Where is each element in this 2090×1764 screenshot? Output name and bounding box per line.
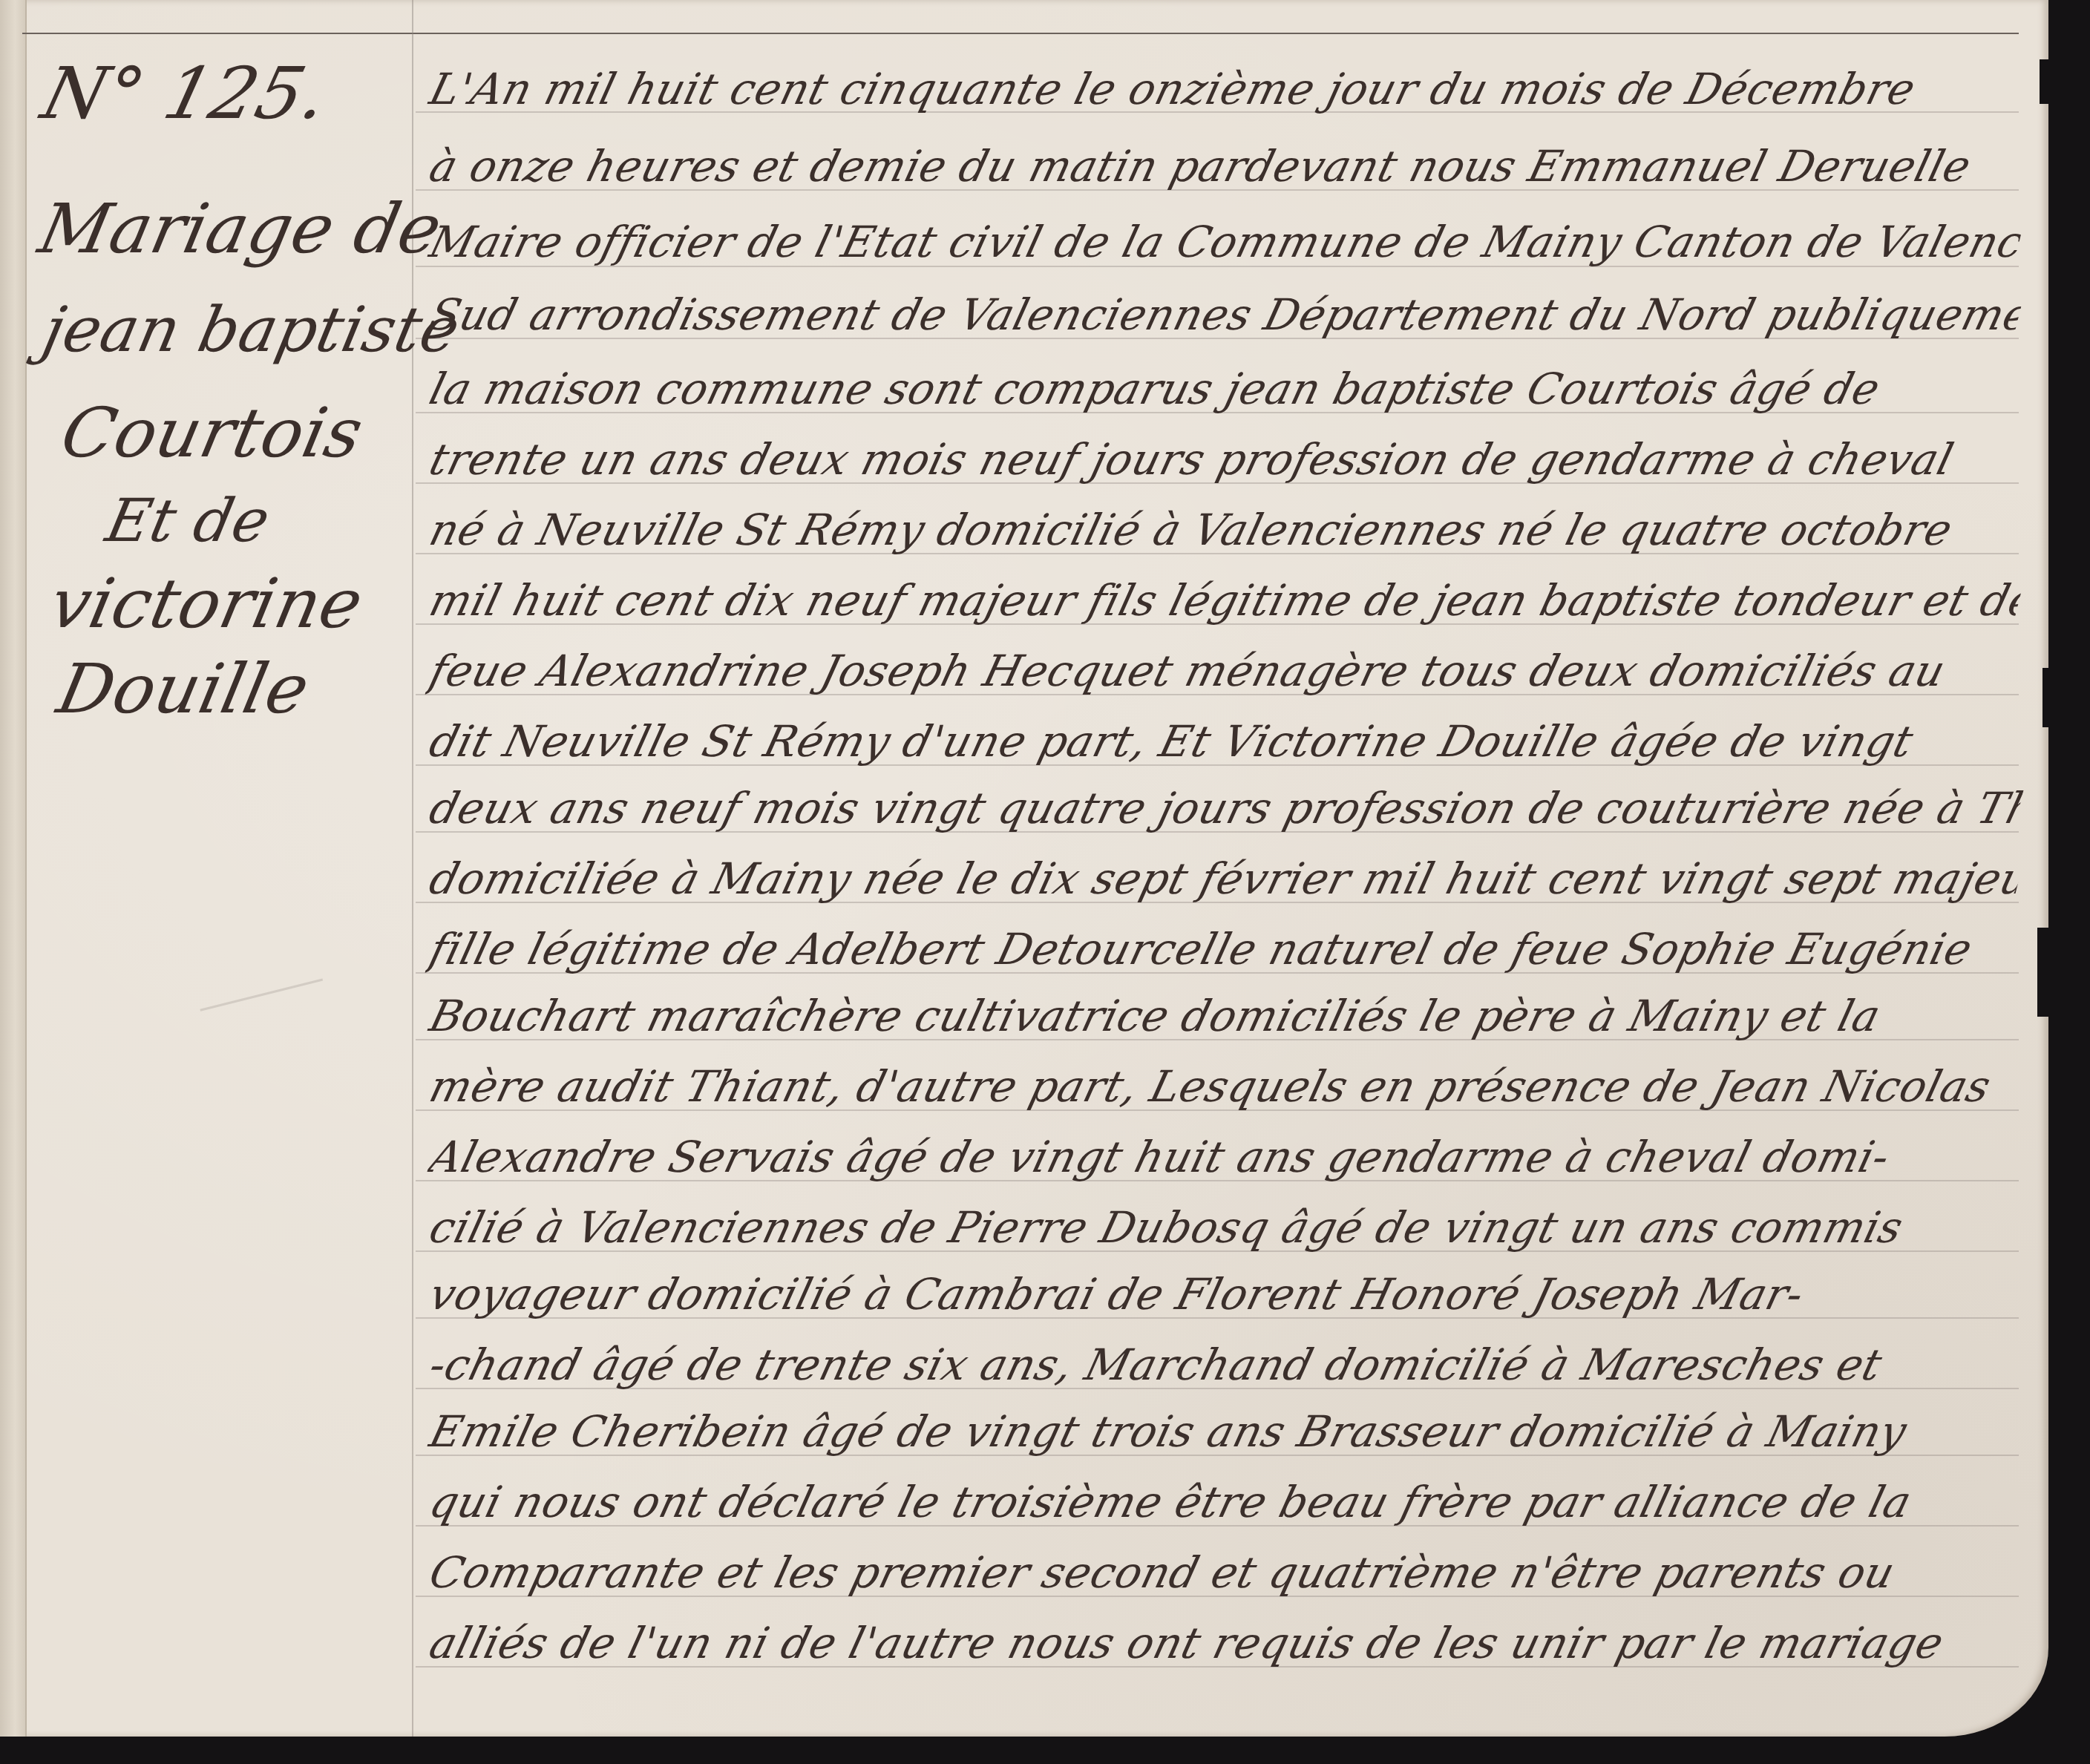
- body-line-6: trente un ans deux mois neuf jours profe…: [425, 434, 2025, 485]
- body-line-13: fille légitime de Adelbert Detourcelle n…: [425, 924, 2025, 974]
- body-line-15: mère audit Thiant, d'autre part, Lesquel…: [425, 1061, 2025, 1112]
- margin-bride-first-name: victorine: [44, 564, 370, 643]
- body-line-5: la maison commune sont comparus jean bap…: [425, 364, 2025, 414]
- torn-edge: [2042, 668, 2054, 727]
- body-line-1: L'An mil huit cent cinquante le onzième …: [425, 64, 2025, 114]
- body-line-21: qui nous ont déclaré le troisième être b…: [425, 1477, 2025, 1527]
- body-line-19: -chand âgé de trente six ans, Marchand d…: [425, 1340, 2025, 1390]
- body-line-18: voyageur domicilié à Cambrai de Florent …: [425, 1269, 2025, 1319]
- margin-groom-first-name: jean baptiste: [37, 293, 467, 366]
- header-rule: [22, 33, 2019, 34]
- body-line-23: alliés de l'un ni de l'autre nous ont re…: [425, 1618, 2025, 1668]
- body-line-7: né à Neuville St Rémy domicilié à Valenc…: [425, 505, 2025, 555]
- body-line-12: domiciliée à Mainy née le dix sept févri…: [425, 853, 2025, 904]
- bleed-through-mark: [189, 935, 323, 1011]
- body-line-16: Alexandre Servais âgé de vingt huit ans …: [425, 1132, 2025, 1182]
- margin-title-mariage: Mariage de: [33, 189, 449, 269]
- torn-edge: [2040, 59, 2054, 104]
- entry-number: N° 125.: [34, 52, 337, 135]
- margin-bride-surname: Douille: [51, 649, 316, 729]
- body-line-9: feue Alexandrine Joseph Hecquet ménagère…: [425, 646, 2025, 696]
- margin-groom-surname: Courtois: [55, 393, 370, 473]
- body-line-17: cilié à Valenciennes de Pierre Dubosq âg…: [425, 1202, 2025, 1253]
- body-line-22: Comparante et les premier second et quat…: [425, 1547, 2025, 1598]
- torn-edge: [2037, 928, 2054, 1017]
- body-line-3: Maire officier de l'Etat civil de la Com…: [425, 217, 2025, 267]
- margin-conjunction: Et de: [100, 486, 276, 555]
- body-line-20: Emile Cheribein âgé de vingt trois ans B…: [425, 1406, 2025, 1457]
- page-binding-edge: [0, 0, 27, 1737]
- body-line-2: à onze heures et demie du matin pardevan…: [425, 141, 2025, 191]
- body-line-8: mil huit cent dix neuf majeur fils légit…: [425, 575, 2025, 626]
- body-line-14: Bouchart maraîchère cultivatrice domicil…: [425, 991, 2025, 1041]
- body-line-4: Sud arrondissement de Valenciennes Dépar…: [425, 289, 2025, 340]
- body-line-10: dit Neuville St Rémy d'une part, Et Vict…: [425, 716, 2025, 767]
- body-line-11: deux ans neuf mois vingt quatre jours pr…: [425, 783, 2025, 833]
- register-page: N° 125. Mariage de jean baptiste Courtoi…: [0, 0, 2048, 1737]
